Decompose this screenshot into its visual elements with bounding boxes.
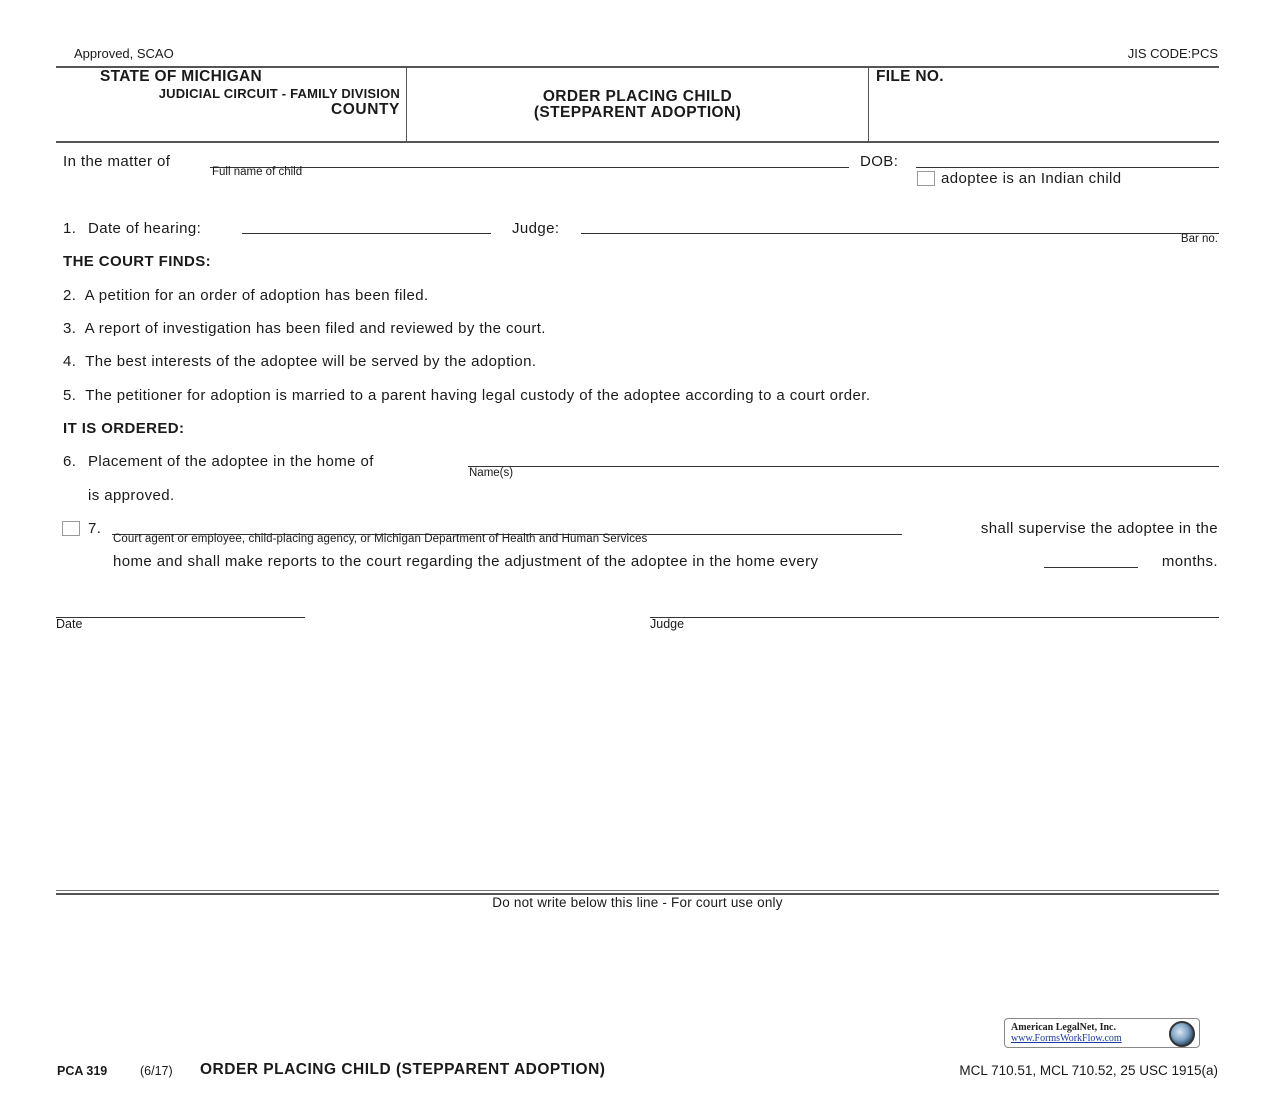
hearing-number: 1. xyxy=(63,220,76,237)
supervisor-caption: Court agent or employee, child-placing a… xyxy=(113,533,647,545)
logo-website-link[interactable]: www.FormsWorkFlow.com xyxy=(1011,1033,1122,1044)
placement-names-field[interactable] xyxy=(470,449,1217,465)
finding-number: 5. xyxy=(63,387,76,404)
dob-line xyxy=(916,167,1219,168)
signature-judge-line xyxy=(650,617,1219,618)
supervisor-field[interactable] xyxy=(114,516,900,532)
dob-label: DOB: xyxy=(860,153,898,170)
signature-judge-field[interactable] xyxy=(650,598,1219,616)
signature-judge-caption: Judge xyxy=(650,617,684,631)
bar-no-caption: Bar no. xyxy=(1181,233,1218,245)
court-county: COUNTY xyxy=(331,101,400,119)
finding-item: 5. The petitioner for adoption is marrie… xyxy=(63,387,870,404)
jis-code: JIS CODE:PCS xyxy=(1128,46,1218,61)
form-title-line2: (STEPPARENT ADOPTION) xyxy=(407,104,868,122)
hearing-judge-field[interactable] xyxy=(583,216,1217,232)
finding-text: A report of investigation has been filed… xyxy=(85,320,546,337)
order-7-checkbox[interactable] xyxy=(62,521,80,536)
finding-item: 4. The best interests of the adoptee wil… xyxy=(63,353,536,370)
footer-form-number: PCA 319 xyxy=(57,1064,107,1078)
finding-text: A petition for an order of adoption has … xyxy=(85,287,429,304)
file-no-field[interactable] xyxy=(876,90,1216,136)
finding-number: 4. xyxy=(63,353,76,370)
finding-item: 2. A petition for an order of adoption h… xyxy=(63,287,429,304)
placement-names-caption: Name(s) xyxy=(469,467,513,479)
child-name-field[interactable] xyxy=(212,150,847,166)
signature-date-caption: Date xyxy=(56,617,82,631)
header-bottom-rule xyxy=(56,141,1219,143)
order-7-line2-before: home and shall make reports to the court… xyxy=(113,553,818,570)
order-6-continuation: is approved. xyxy=(88,487,175,504)
approved-scao: Approved, SCAO xyxy=(74,46,174,61)
court-state: STATE OF MICHIGAN xyxy=(6,68,356,86)
months-field[interactable] xyxy=(1044,550,1138,566)
header-divider-2 xyxy=(868,67,869,141)
order-7-number: 7. xyxy=(88,520,101,537)
finding-text: The best interests of the adoptee will b… xyxy=(85,353,536,370)
months-line xyxy=(1044,567,1138,568)
footer-title: ORDER PLACING CHILD (STEPPARENT ADOPTION… xyxy=(200,1061,605,1079)
hearing-date-line xyxy=(242,233,491,234)
hearing-judge-label: Judge: xyxy=(512,220,559,237)
footer-citations: MCL 710.51, MCL 710.52, 25 USC 1915(a) xyxy=(959,1063,1218,1078)
footer-revision: (6/17) xyxy=(140,1064,173,1078)
indian-child-checkbox[interactable] xyxy=(917,171,935,186)
findings-heading: THE COURT FINDS: xyxy=(63,253,211,270)
hearing-date-field[interactable] xyxy=(244,216,489,232)
child-name-line xyxy=(210,167,849,168)
hearing-judge-line xyxy=(581,233,1219,234)
finding-number: 2. xyxy=(63,287,76,304)
child-name-caption: Full name of child xyxy=(212,166,302,178)
court-circuit: JUDICIAL CIRCUIT - FAMILY DIVISION xyxy=(159,86,400,101)
matter-label: In the matter of xyxy=(63,153,170,170)
finding-item: 3. A report of investigation has been fi… xyxy=(63,320,546,337)
dob-field[interactable] xyxy=(918,150,1216,166)
court-use-notice: Do not write below this line - For court… xyxy=(56,895,1219,910)
file-no-label: FILE NO. xyxy=(876,68,944,86)
hearing-date-label: Date of hearing: xyxy=(88,220,201,237)
indian-child-label: adoptee is an Indian child xyxy=(941,170,1122,187)
order-7-text-after: shall supervise the adoptee in the xyxy=(981,520,1218,537)
finding-text: The petitioner for adoption is married t… xyxy=(85,387,870,404)
court-use-rule-top xyxy=(56,890,1219,891)
finding-number: 3. xyxy=(63,320,76,337)
placement-names-line xyxy=(468,466,1219,467)
order-6-number: 6. xyxy=(63,453,76,470)
orders-heading: IT IS ORDERED: xyxy=(63,420,184,437)
globe-icon xyxy=(1169,1021,1195,1047)
signature-date-field[interactable] xyxy=(56,598,305,616)
logo-company-name: American LegalNet, Inc. xyxy=(1011,1022,1116,1033)
order-7-line2-after: months. xyxy=(1162,553,1218,570)
american-legalnet-logo[interactable]: American LegalNet, Inc. www.FormsWorkFlo… xyxy=(1004,1018,1200,1048)
order-6-text: Placement of the adoptee in the home of xyxy=(88,453,374,470)
signature-date-line xyxy=(56,617,305,618)
